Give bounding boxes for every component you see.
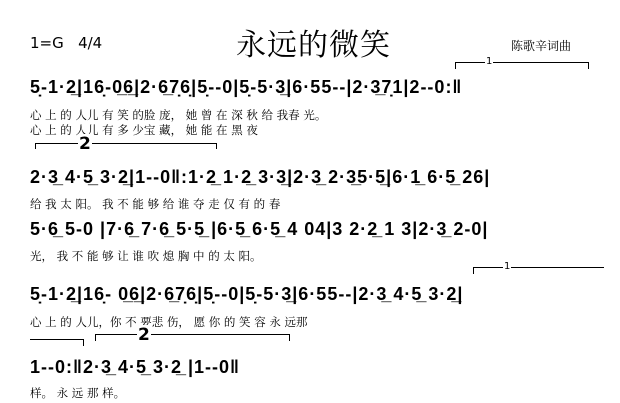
lyrics-line-5: 样。 永 远 那 样。	[30, 385, 125, 401]
notes-line-2: 2·3̲ 4·5̲ 3·2̲|1--0‖:1·2̲ 1·2̲ 3·3̲|2·3̲…	[30, 167, 490, 188]
notes-line-3: 5·6̲ 5-0 |7·6̲ 7·6̲ 5·5̲ |6·5̲ 6·5̲ 4 04…	[30, 219, 488, 240]
key-signature: 1=G	[30, 34, 64, 52]
volta-2-bracket-2	[95, 334, 290, 341]
volta-2-bracket	[35, 143, 217, 149]
notes-line-5: 1--0:‖2·3̲ 4·5̲ 3·2̲ |1--0‖	[30, 357, 240, 378]
volta-1-bracket-end	[30, 339, 84, 346]
notes-line-4: 5̣-1·2̲|16̣- 0̲6̲|2·6̲7̣6̣|5̣--0|5̣-5·3̲…	[30, 284, 463, 305]
song-title: 永远的微笑	[236, 20, 391, 64]
lyrics-line-2: 给 我 太 阳。 我 不 能 够 给 谁 夺 走 仅 有 的 春	[30, 196, 280, 212]
volta-2-label: 2	[78, 134, 92, 154]
volta-1-label-2: 1	[503, 261, 511, 272]
volta-1-label: 1	[485, 56, 493, 67]
notes-line-1: 5̣-1·2̲|16̣-0̲6̲|2·6̲7̣6̣|5̣--0|5̣-5·3̲|…	[30, 77, 462, 98]
lyrics-line-3: 光， 我 不 能 够 让 谁 吹 熄 胸 中 的 太 阳。	[30, 248, 262, 264]
credit: 陈歌辛词曲	[511, 37, 571, 54]
volta-2-label-2: 2	[137, 325, 151, 345]
lyrics-line-4: 心 上 的 人儿，你 不 要悲 伤， 愿 你 的 笑 容 永 远那	[30, 314, 308, 330]
lyrics-line-1-verse-2: 心 上 的 人儿 有 多 少宝 藏， 她 能 在 黑 夜	[30, 122, 258, 138]
lyrics-line-1-verse-1: 心 上 的 人儿 有 笑 的脸 庞， 她 曾 在 深 秋 给 我春 光。	[30, 107, 326, 123]
volta-1-bracket	[455, 62, 589, 69]
key-time-signature: 1=G 4/4	[30, 34, 102, 52]
time-signature: 4/4	[78, 34, 102, 52]
volta-1-bracket-2	[473, 267, 604, 274]
